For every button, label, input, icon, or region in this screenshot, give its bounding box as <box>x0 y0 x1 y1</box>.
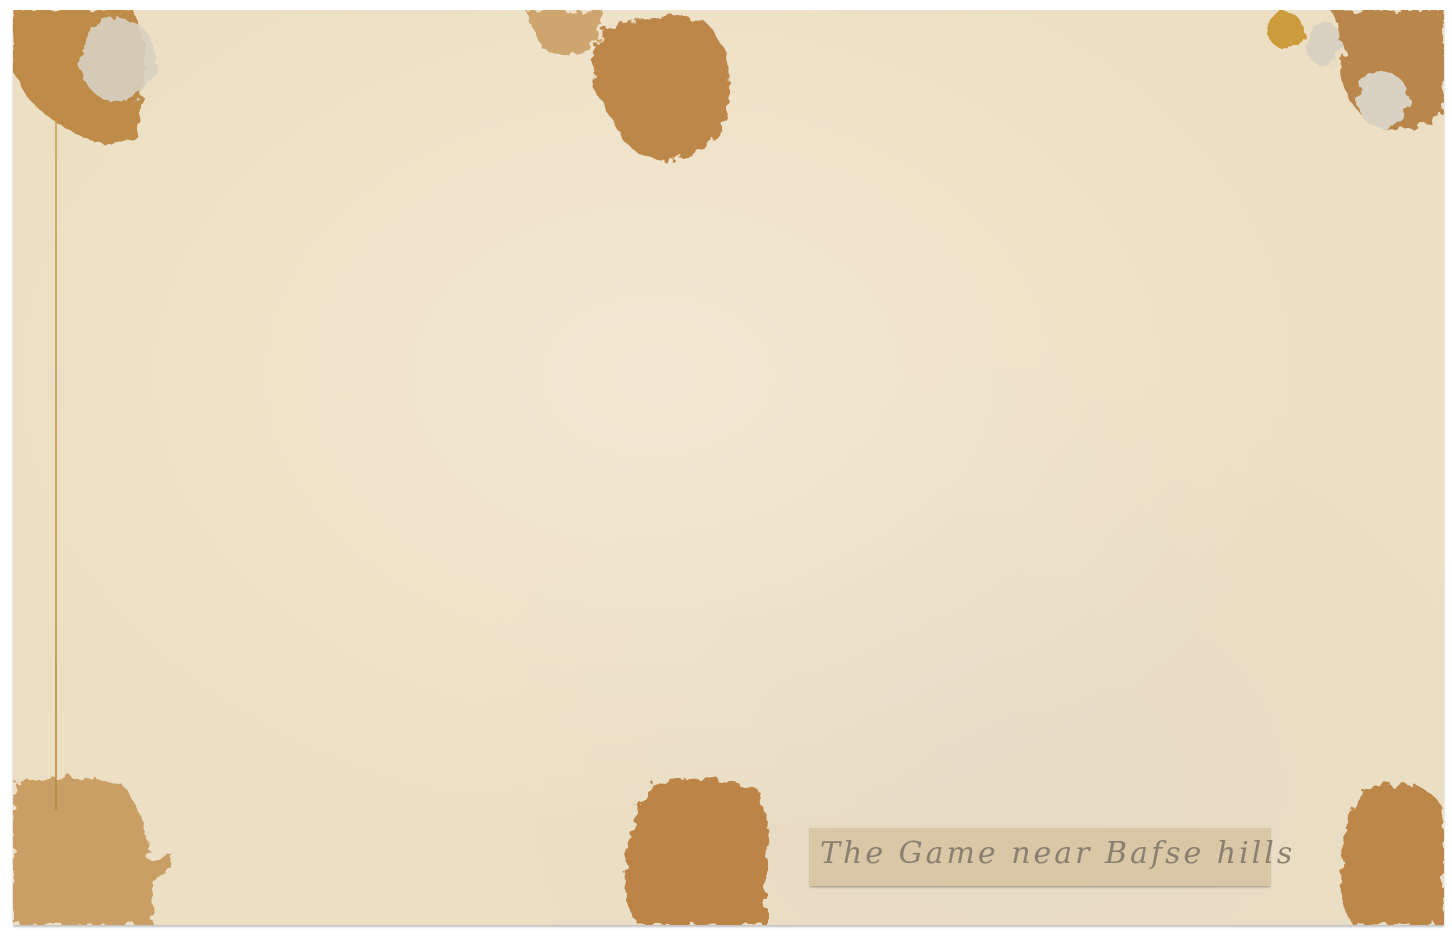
stain-top-center <box>593 17 731 160</box>
stain-bottom-left <box>13 778 173 926</box>
stain-bottom-right <box>1340 783 1444 925</box>
handwritten-label: The Game near Bafse hills <box>810 827 1270 886</box>
label-text: The Game near Bafse hills <box>820 836 1295 871</box>
stains-layer <box>13 10 1444 925</box>
aged-paper-sheet <box>13 10 1444 925</box>
stain-bottom-center <box>625 780 768 925</box>
stain-drip-line <box>55 120 57 810</box>
